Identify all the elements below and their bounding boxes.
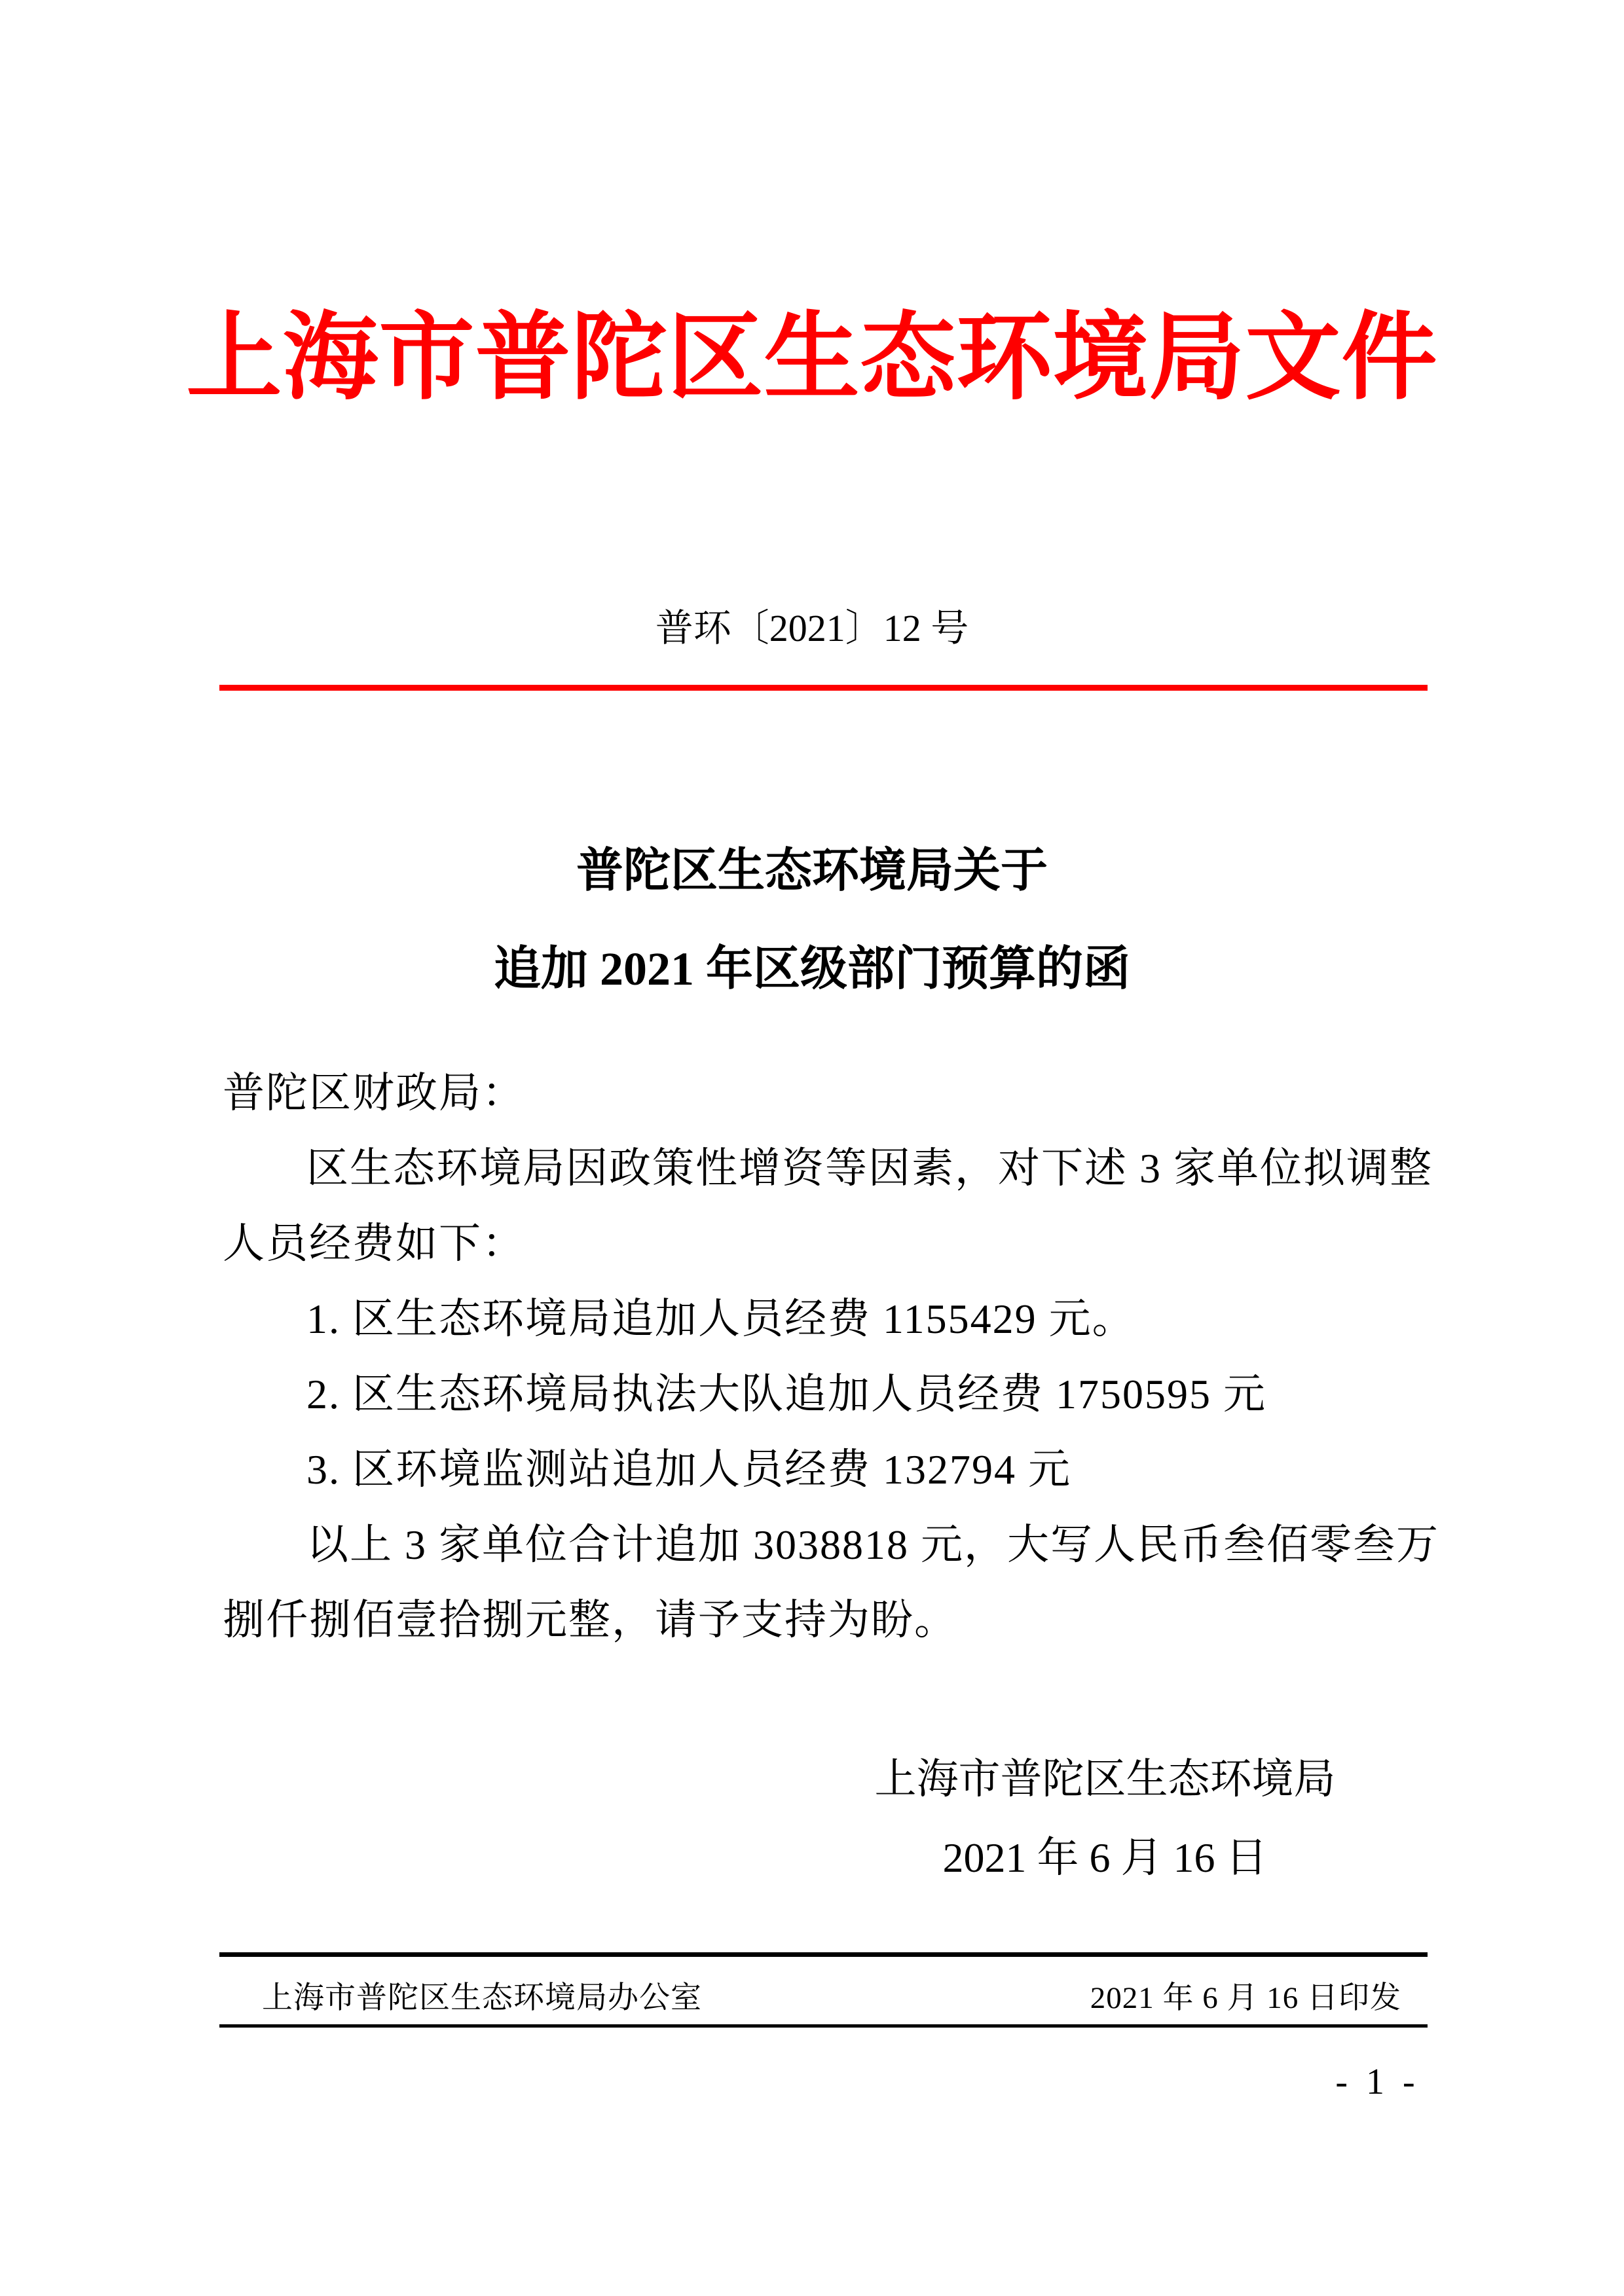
document-title: 普陀区生态环境局关于 追加 2021 年区级部门预算的函 [0, 822, 1624, 1018]
footer-row: 上海市普陀区生态环境局办公室 2021 年 6 月 16 日印发 [219, 1967, 1428, 2023]
signature-agency: 上海市普陀区生态环境局 [868, 1757, 1342, 1802]
agency-header-title: 上海市普陀区生态环境局文件 [0, 302, 1624, 414]
signature-date: 2021 年 6 月 16 日 [868, 1835, 1342, 1881]
body-line-item-1: 1. 区生态环境局追加人员经费 1155429 元。 [223, 1281, 1431, 1357]
footer-top-rule [219, 1952, 1428, 1957]
body-line-paragraph: 区生态环境局因政策性增资等因素，对下述 3 家单位拟调整 [223, 1131, 1431, 1206]
body-line-salutation: 普陀区财政局： [223, 1055, 1431, 1131]
red-divider-line [219, 685, 1428, 691]
body-line-item-2: 2. 区生态环境局执法大队追加人员经费 1750595 元 [223, 1357, 1431, 1432]
signature-block: 上海市普陀区生态环境局 2021 年 6 月 16 日 [868, 1757, 1342, 1881]
footer-print-date: 2021 年 6 月 16 日印发 [1090, 1973, 1401, 2017]
body-line-closing: 捌仟捌佰壹拾捌元整，请予支持为盼。 [223, 1582, 1431, 1658]
document-title-line-2: 追加 2021 年区级部门预算的函 [0, 920, 1624, 1018]
body-line-paragraph: 人员经费如下： [223, 1206, 1431, 1281]
body-line-item-3: 3. 区环境监测站追加人员经费 132794 元 [223, 1432, 1431, 1507]
document-page: 上海市普陀区生态环境局文件 普环〔2021〕12 号 普陀区生态环境局关于 追加… [0, 0, 1624, 2296]
document-body: 普陀区财政局： 区生态环境局因政策性增资等因素，对下述 3 家单位拟调整 人员经… [223, 1055, 1431, 1658]
footer-issuing-office: 上海市普陀区生态环境局办公室 [262, 1973, 702, 2017]
footer-bottom-rule [219, 2024, 1428, 2028]
body-line-total: 以上 3 家单位合计追加 3038818 元，大写人民币叁佰零叁万 [223, 1507, 1431, 1582]
page-number: - 1 - [1303, 2061, 1447, 2103]
document-number: 普环〔2021〕12 号 [0, 604, 1624, 653]
document-title-line-1: 普陀区生态环境局关于 [0, 822, 1624, 920]
